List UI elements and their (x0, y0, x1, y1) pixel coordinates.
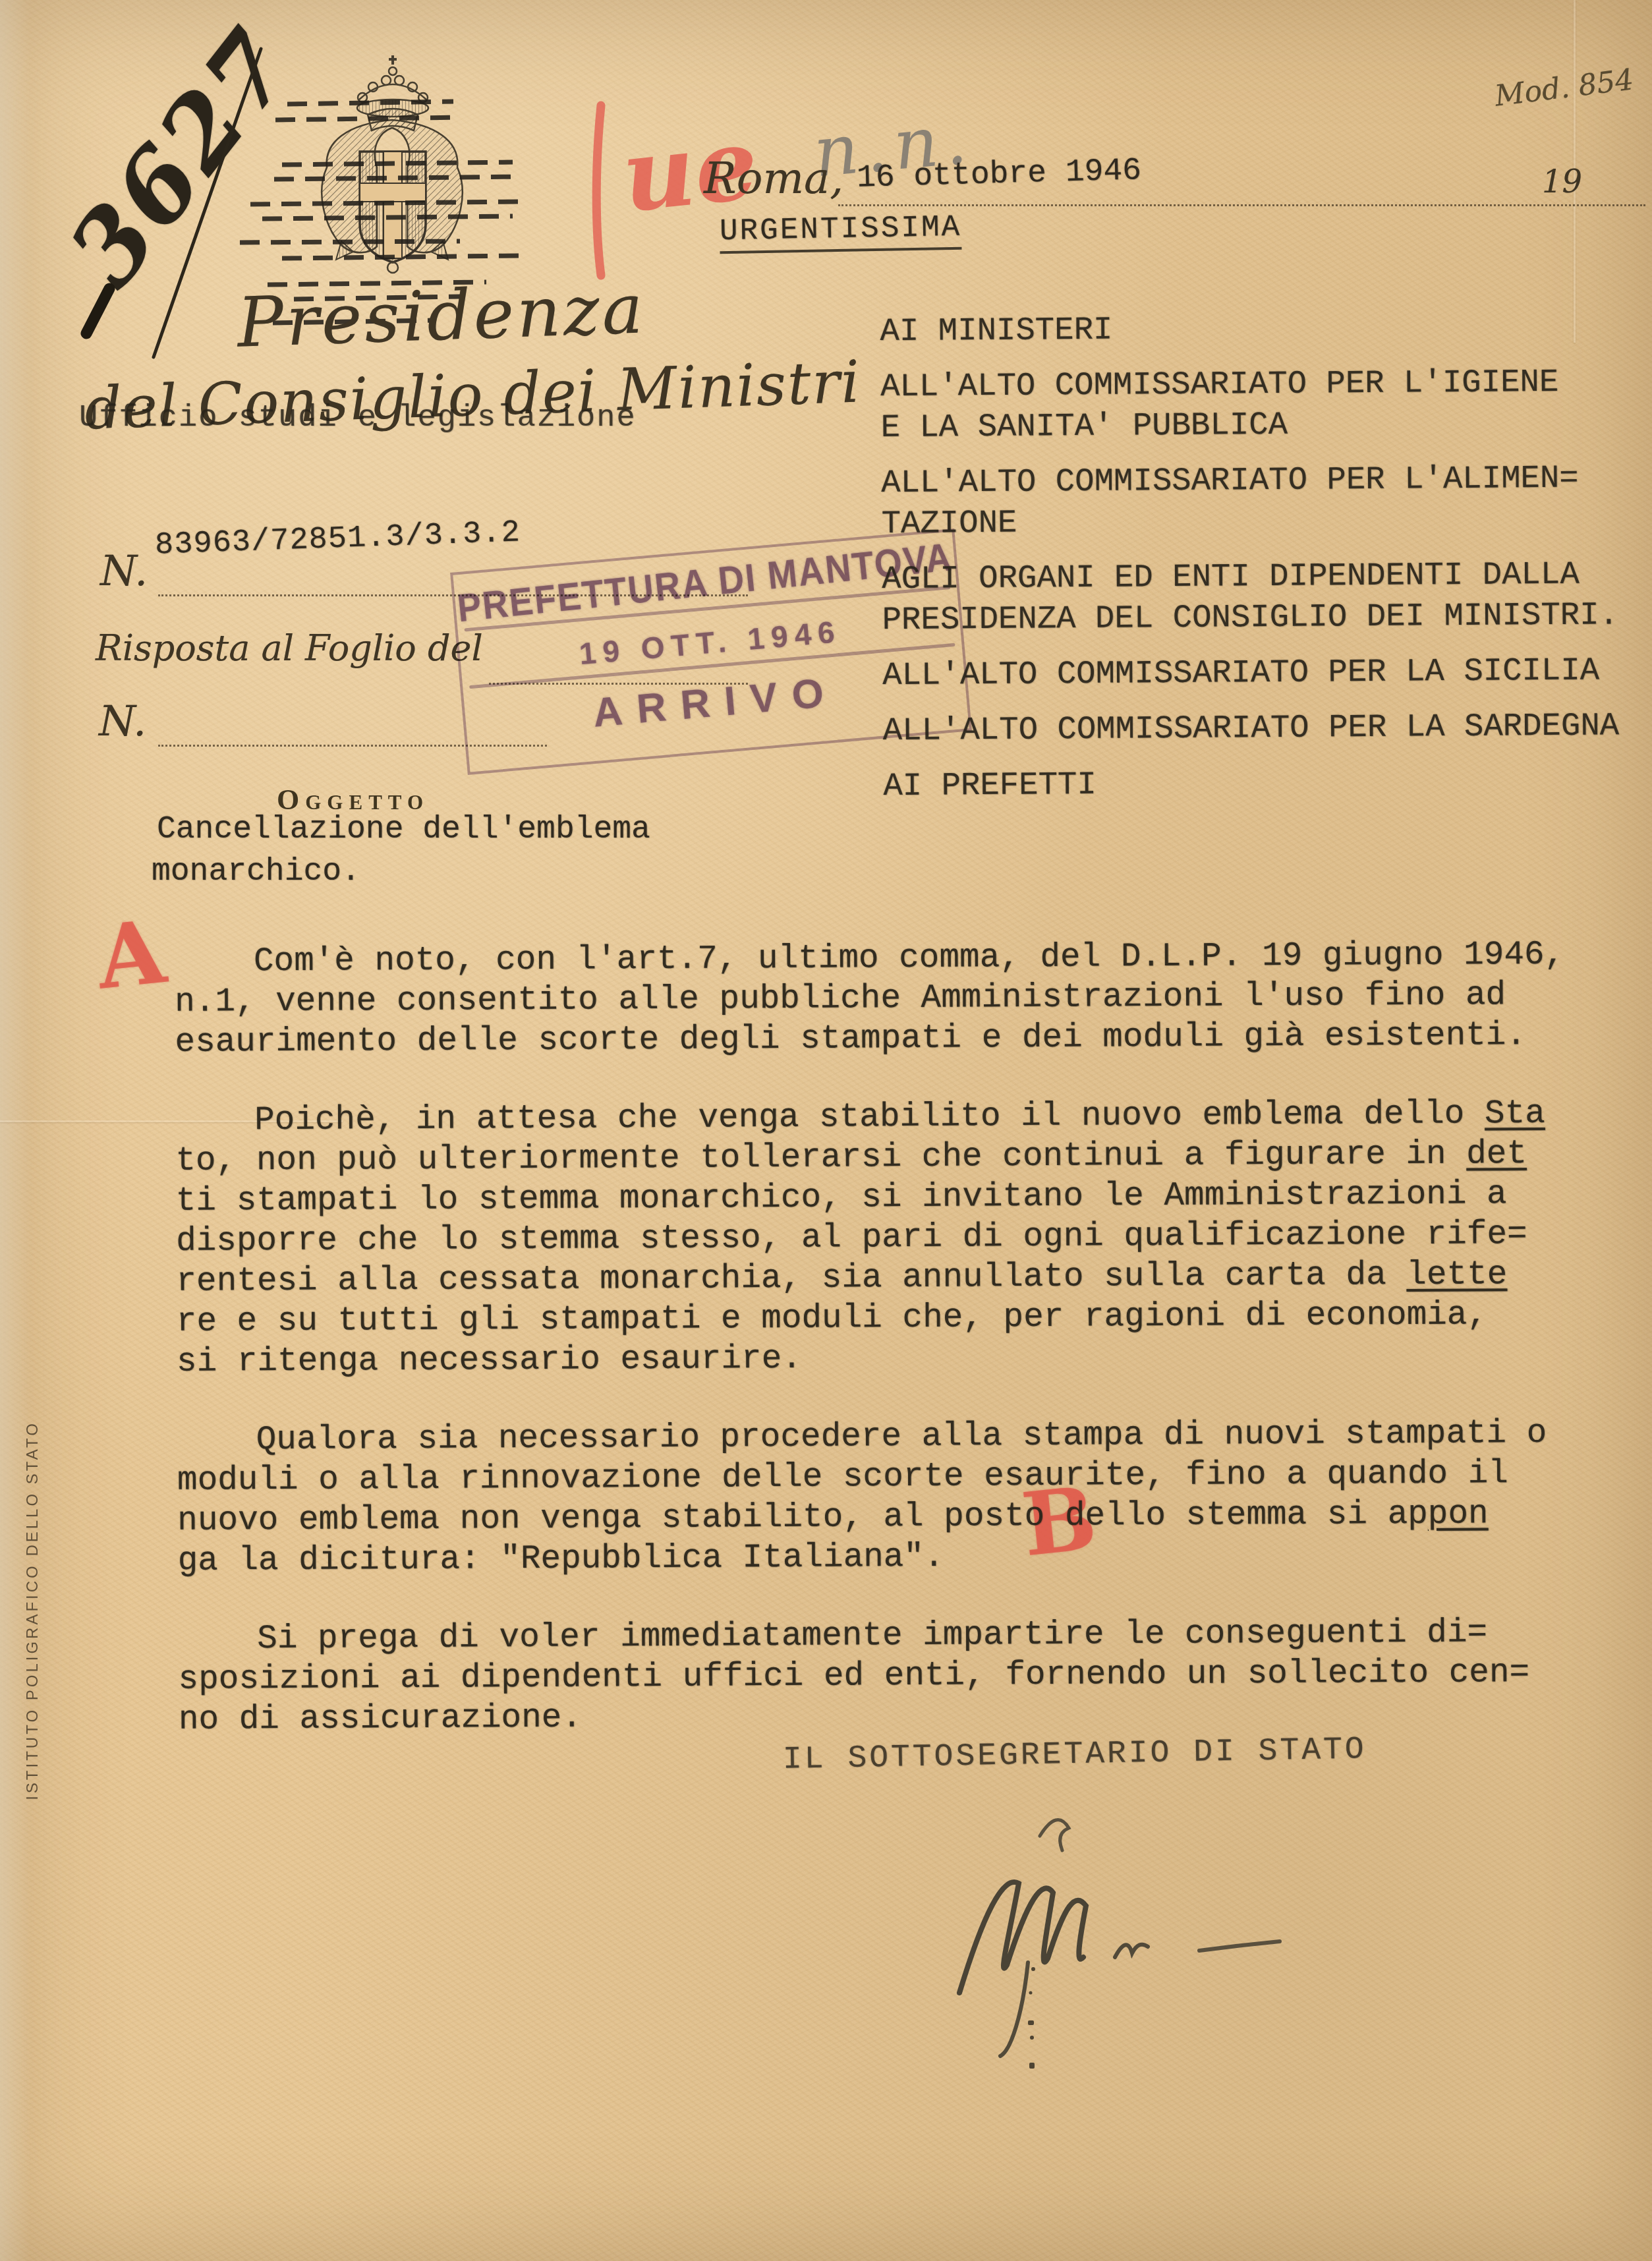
printer-credit-edge-text: ISTITUTO POLIGRAFICO DELLO STATO (24, 1413, 42, 1808)
body-line: si ritenga necessario esaurire. (177, 1334, 1643, 1383)
signature-scrawl (830, 1792, 1344, 2082)
recipient-line: E LA SANITA' PUBBLICA (880, 402, 1652, 448)
recipient-line: AI PREFETTI (883, 760, 1652, 807)
ink-specks (1015, 1964, 1054, 2082)
form-n-label-2: N. (99, 697, 146, 746)
body-line: esaurimento delle scorte degli stampati … (175, 1015, 1641, 1063)
red-margin-mark-a: A (92, 901, 170, 1010)
underlined-syllable: pon (1428, 1495, 1489, 1533)
recipient-line: ALL'ALTO COMMISSARIATO PER LA SICILIA (882, 650, 1652, 696)
body-line: sposizioni ai dipendenti uffici ed enti,… (178, 1652, 1644, 1700)
recipient-line: ALL'ALTO COMMISSARIATO PER L'ALIMEN= (881, 457, 1652, 503)
recipient-group: ALL'ALTO COMMISSARIATO PER L'IGIENEE LA … (880, 361, 1652, 448)
printed-year-prefix: 19 (1542, 163, 1582, 200)
body-line: no di assicurazione. (179, 1692, 1645, 1740)
typed-date: 16 ottobre 1946 (856, 153, 1141, 196)
place-label: Roma, (704, 153, 843, 204)
recipient-group: ALL'ALTO COMMISSARIATO PER LA SICILIA (882, 650, 1652, 696)
body-line: ga la dicitura: "Repubblica Italiana". (177, 1533, 1643, 1582)
subject-line1: Cancellazione dell'emblema (157, 812, 650, 847)
body-paragraph: Com'è noto, con l'art.7, ultimo comma, d… (175, 934, 1641, 1063)
recipient-line: PRESIDENZA DEL CONSIGLIO DEI MINISTRI. (882, 594, 1652, 641)
subject-line2: monarchico. (152, 854, 360, 890)
recipient-group: AI PREFETTI (883, 760, 1652, 807)
letterhead-line1: Presidenza (236, 268, 647, 363)
date-dotted-line (838, 204, 1645, 206)
letterhead-office: Ufficio studi e legislazione (79, 401, 637, 436)
recipient-group: AI MINISTERI (880, 306, 1652, 352)
recipient-group: ALL'ALTO COMMISSARIATO PER L'ALIMEN=TAZI… (881, 457, 1652, 544)
scanned-letter-page: 3627 (0, 0, 1652, 2261)
recipient-line: ALL'ALTO COMMISSARIATO PER L'IGIENE (880, 361, 1652, 407)
underlined-syllable: det (1466, 1135, 1527, 1173)
body-line: n.1, venne consentito alle pubbliche Amm… (175, 975, 1641, 1023)
body-line: Com'è noto, con l'art.7, ultimo comma, d… (175, 934, 1641, 983)
body-line: Si prega di voler immediatamente imparti… (178, 1612, 1644, 1660)
recipients-block: AI MINISTERIALL'ALTO COMMISSARIATO PER L… (880, 306, 1652, 821)
protocol-number: 83963/72851.3/3.3.2 (154, 515, 521, 563)
body-line: nuovo emblema non venga stabilito, al po… (177, 1493, 1643, 1541)
recipient-line: AI MINISTERI (880, 306, 1652, 352)
underlined-syllable: Sta (1485, 1095, 1545, 1133)
recipient-line: ALL'ALTO COMMISSARIATO PER LA SARDEGNA (883, 705, 1652, 751)
response-to-sheet-label: Risposta al Foglio del (96, 627, 483, 669)
body-paragraph: Qualora sia necessario procedere alla st… (177, 1413, 1643, 1582)
letter-body: Com'è noto, con l'art.7, ultimo comma, d… (175, 934, 1645, 1779)
recipient-group: AGLI ORGANI ED ENTI DIPENDENTI DALLAPRES… (882, 554, 1652, 641)
recipient-group: ALL'ALTO COMMISSARIATO PER LA SARDEGNA (883, 705, 1652, 751)
urgency-label: URGENTISSIMA (720, 210, 962, 254)
body-line: Poichè, in attesa che venga stabilito il… (175, 1093, 1641, 1141)
form-model-label: Mod. 854 (1493, 63, 1636, 113)
recipient-line: AGLI ORGANI ED ENTI DIPENDENTI DALLA (882, 554, 1652, 600)
recipient-line: TAZIONE (881, 498, 1652, 544)
body-paragraph: Poichè, in attesa che venga stabilito il… (175, 1093, 1643, 1383)
body-line: re e su tutti gli stampati e moduli che,… (177, 1294, 1643, 1342)
body-paragraph: Si prega di voler immediatamente imparti… (178, 1612, 1645, 1740)
underlined-syllable: lette (1406, 1256, 1507, 1294)
form-n-label: N. (100, 547, 148, 596)
